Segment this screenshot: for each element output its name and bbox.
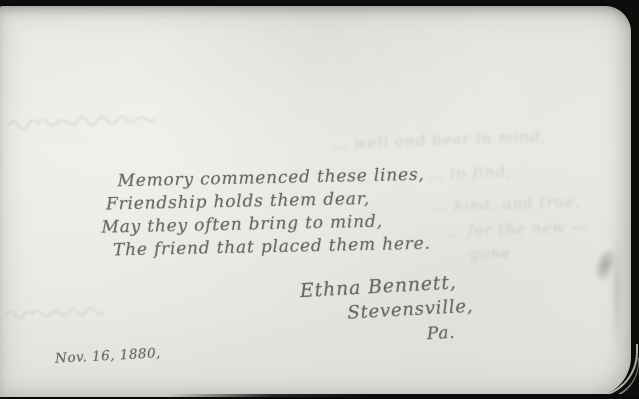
ghost-line: … gone: [448, 244, 512, 264]
ghost-scribble-left-note: [2, 298, 152, 326]
edge-smudge: [612, 230, 622, 350]
ghost-line: … to find,: [428, 163, 513, 184]
backing-shadow: [170, 394, 639, 399]
ghost-scribble-top-left: [4, 106, 190, 136]
album-page-photo: … well and bear in mind, … to find, … ki…: [0, 0, 639, 399]
